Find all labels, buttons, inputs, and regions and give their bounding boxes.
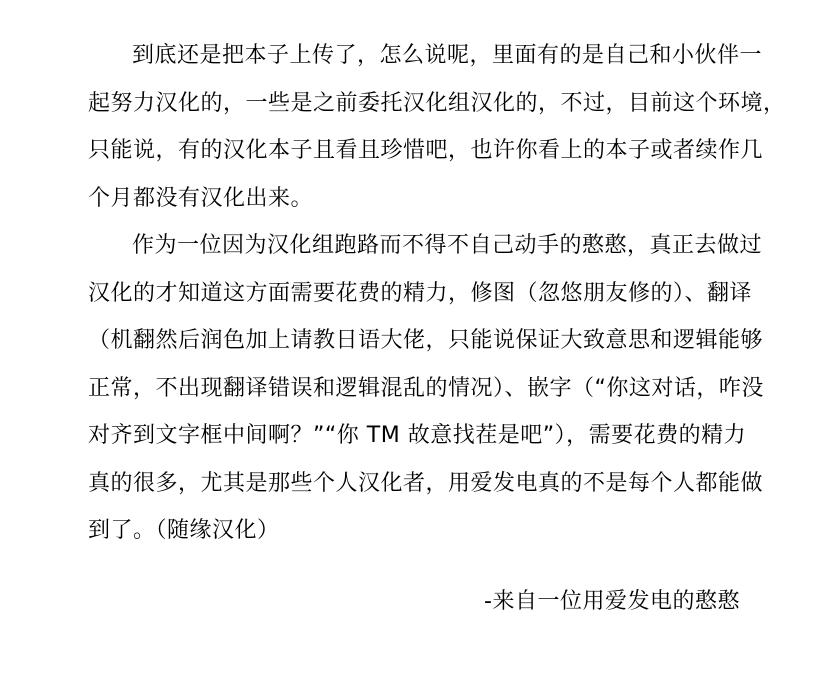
paragraph-1-line-4: 个月都没有汉化出来。 [88, 175, 818, 223]
paragraph-2-line-5: 对齐到文字框中间啊？”“你 TM 故意找茬是吧”），需要花费的精力 [88, 412, 818, 460]
text-block: 到底还是把本子上传了，怎么说呢，里面有的是自己和小伙伴一 起努力汉化的，一些是之… [88, 32, 818, 625]
paragraph-2-line-4: 正常，不出现翻译错误和逻辑混乱的情况）、嵌字（“你这对话，咋没 [88, 365, 818, 413]
paragraph-2-line-3: （机翻然后润色加上请教日语大佬，只能说保证大致意思和逻辑能够 [88, 317, 818, 365]
paragraph-2-line-6: 真的很多，尤其是那些个人汉化者，用爱发电真的不是每个人都能做 [88, 460, 818, 508]
paragraph-2-line-1: 作为一位因为汉化组跑路而不得不自己动手的憨憨，真正去做过 [88, 222, 818, 270]
paragraph-2-line-7: 到了。（随缘汉化） [88, 507, 818, 555]
paragraph-1-line-3: 只能说，有的汉化本子且看且珍惜吧，也许你看上的本子或者续作几 [88, 127, 818, 175]
paragraph-1-line-1: 到底还是把本子上传了，怎么说呢，里面有的是自己和小伙伴一 [88, 32, 818, 80]
signature-line: -来自一位用爱发电的憨憨 [88, 578, 818, 626]
paragraph-1-line-2: 起努力汉化的，一些是之前委托汉化组汉化的，不过，目前这个环境， [88, 80, 818, 128]
document-page: 到底还是把本子上传了，怎么说呢，里面有的是自己和小伙伴一 起努力汉化的，一些是之… [0, 0, 821, 677]
paragraph-2-line-2: 汉化的才知道这方面需要花费的精力，修图（忽悠朋友修的）、翻译 [88, 270, 818, 318]
